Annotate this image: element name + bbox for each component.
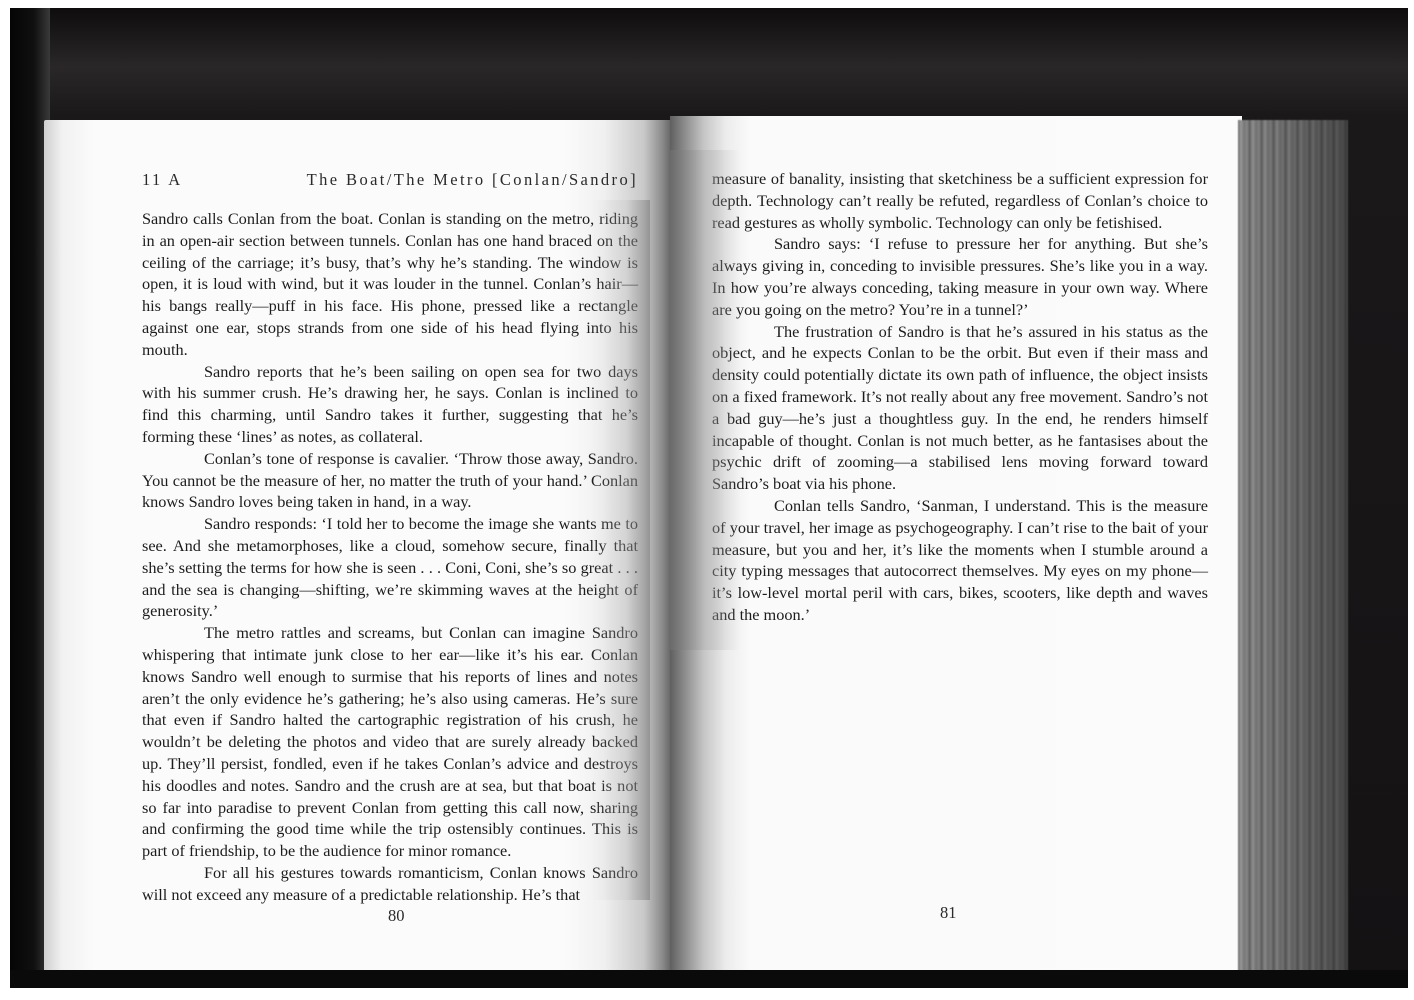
running-head: 11 A The Boat/The Metro [Conlan/Sandro] xyxy=(142,170,638,190)
page-number-right: 81 xyxy=(940,903,957,923)
bottom-shadow xyxy=(10,970,1408,988)
paragraph: Conlan tells Sandro, ‘Sanman, I understa… xyxy=(712,495,1208,626)
paragraph: The metro rattles and screams, but Conla… xyxy=(142,622,638,862)
paragraph: Sandro responds: ‘I told her to become t… xyxy=(142,513,638,622)
paragraph: The frustration of Sandro is that he’s a… xyxy=(712,321,1208,495)
paragraph: Sandro says: ‘I refuse to pressure her f… xyxy=(712,233,1208,320)
paragraph: Sandro reports that he’s been sailing on… xyxy=(142,361,638,448)
right-page-body: measure of banality, insisting that sket… xyxy=(712,168,1208,626)
chapter-title: The Boat/The Metro [Conlan/Sandro] xyxy=(307,170,638,190)
section-number: 11 A xyxy=(142,170,183,190)
paragraph: For all his gestures towards romanticism… xyxy=(142,862,638,906)
page-block-edges xyxy=(1238,120,1348,980)
page-number-left: 80 xyxy=(388,906,405,926)
paragraph: measure of banality, insisting that sket… xyxy=(712,168,1208,233)
left-page-body: Sandro calls Conlan from the boat. Conla… xyxy=(142,208,638,906)
paragraph: Conlan’s tone of response is cavalier. ‘… xyxy=(142,448,638,513)
paragraph: Sandro calls Conlan from the boat. Conla… xyxy=(142,208,638,361)
